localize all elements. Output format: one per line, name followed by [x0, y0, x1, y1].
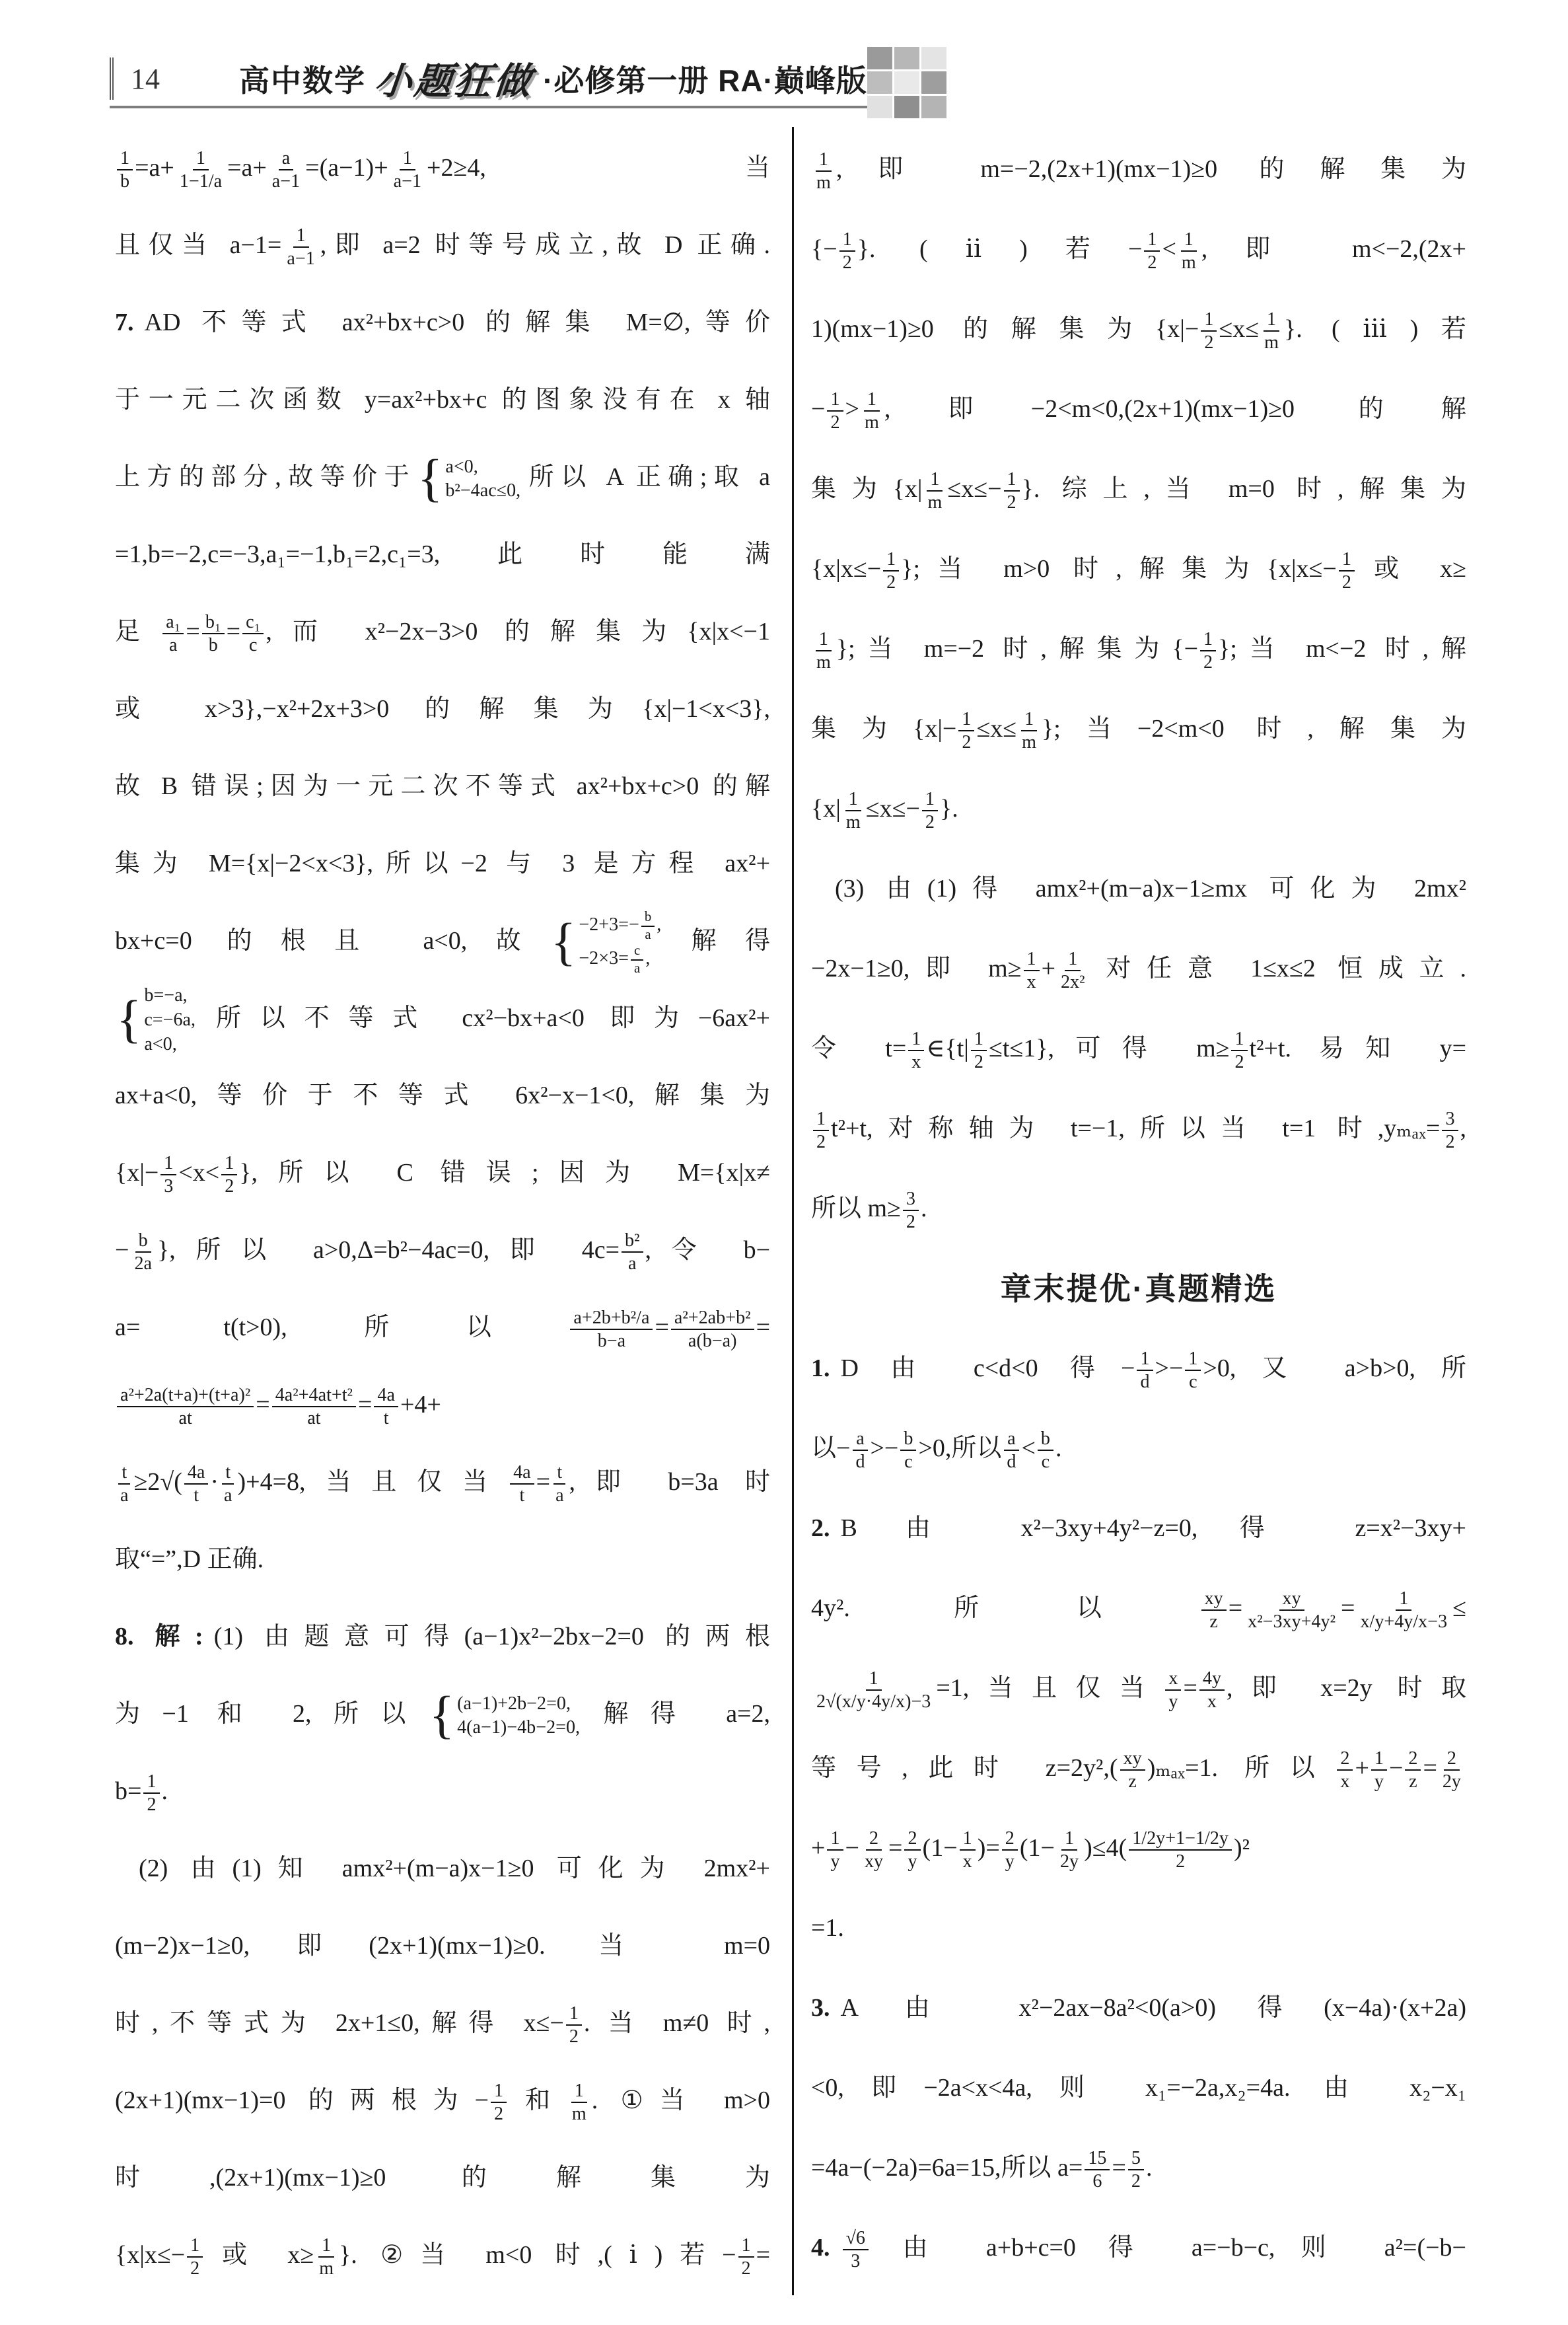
solution-text-line: 8. 解:(1) 由题意可得(a−1)x²−2bx−2=0 的两根 — [115, 1598, 770, 1676]
fraction: 4at — [374, 1384, 398, 1429]
solution-text-line: {x|−13<x<12},所以 C 错误;因为 M={x|x≠ — [115, 1134, 770, 1212]
fraction: b2a — [131, 1230, 155, 1274]
fraction: 1m — [569, 2080, 590, 2125]
fraction: 1m — [861, 388, 882, 433]
math-text: 集为{x|−12≤x≤1m};当−2<m<0 时,解集为 — [811, 715, 1466, 743]
fraction: 4a²+4at+t²at — [272, 1384, 356, 1429]
solution-text-line: 取“=”,D 正确. — [115, 1521, 770, 1598]
fraction: 12 — [958, 708, 974, 753]
fraction: xyx²−3xy+4y² — [1244, 1588, 1339, 1633]
solution-text-line: 1m,即 m=−2,(2x+1)(mx−1)≥0 的解集为 — [811, 129, 1466, 209]
solution-text-line: 4y². 所以xyz=xyx²−3xy+4y²=1x/y+4y/x−3≤ — [811, 1568, 1466, 1648]
solution-text-line: 时,(2x+1)(mx−1)≥0 的解集为 — [115, 2139, 770, 2217]
fraction: bc — [1038, 1428, 1053, 1473]
fraction: 4yx — [1199, 1668, 1225, 1713]
solution-text-line: {−12}. (ⅱ)若−12<1m,即 m<−2,(2x+ — [811, 209, 1466, 289]
pixel-decoration-icon — [867, 47, 946, 118]
solution-text-line: {x|x≤−12或 x≥1m}. ②当 m<0 时,(ⅰ)若−12= — [115, 2217, 770, 2294]
math-text: {x|x≤−12或 x≥1m}. ②当 m<0 时,(ⅰ)若−12= — [115, 2241, 770, 2269]
fraction: 1x/y+4y/x−3 — [1357, 1588, 1450, 1633]
math-text: 4y². 所以xyz=xyx²−3xy+4y²=1x/y+4y/x−3≤ — [811, 1594, 1466, 1622]
fraction: 1x — [908, 1028, 924, 1073]
fraction: 1m — [925, 468, 946, 513]
fraction: 1x — [1024, 948, 1040, 993]
math-text: (1) 由题意可得(a−1)x²−2bx−2=0 的两根 — [214, 1623, 770, 1650]
fraction: 22y — [1439, 1748, 1464, 1792]
math-text: a²+2a(t+a)+(t+a)²at=4a²+4at+t²at=4at+4+ — [115, 1391, 441, 1419]
problem-number: 3. — [811, 1994, 830, 2022]
fraction: 4at — [184, 1461, 209, 1506]
math-text: ta≥2√(4at·ta)+4=8,当且仅当4at=ta,即 b=3a 时 — [115, 1468, 770, 1496]
solution-text-line: 所以 m≥32. — [811, 1169, 1466, 1249]
fraction: 12 — [1231, 1028, 1247, 1073]
fraction: ta — [221, 1461, 235, 1506]
math-text: √63 由 a+b+c=0 得 a=−b−c,则 a²=(−b− — [841, 2234, 1467, 2262]
math-text: 12t²+t,对称轴为 t=−1,所以当 t=1 时,yₘₐₓ=32, — [811, 1115, 1466, 1142]
problem-number: 8. 解: — [115, 1623, 203, 1650]
math-text: 以−ad>−bc>0,所以ad<bc. — [811, 1434, 1061, 1462]
fraction: ca — [631, 943, 643, 977]
solution-text-line: {b=−a,c=−6a,a<0,所以不等式 cx²−bx+a<0 即为−6ax²… — [115, 980, 770, 1057]
book-edition: ·必修第一册 RA·巅峰版 — [543, 57, 867, 100]
solution-text-line: 1)(mx−1)≥0 的解集为{x|−12≤x≤1m}. (ⅲ)若 — [811, 289, 1466, 369]
fraction: 32 — [1442, 1108, 1458, 1153]
fraction: 12 — [566, 2003, 582, 2048]
fraction: 1b — [117, 147, 133, 192]
fraction: 12√(x/y·4y/x)−3 — [813, 1668, 934, 1713]
fraction: 11−1/a — [176, 147, 225, 192]
math-text: 12√(x/y·4y/x)−3=1,当且仅当xy=4yx,即 x=2y 时取 — [811, 1674, 1466, 1702]
fraction: 2y — [904, 1827, 920, 1872]
math-text: 足a₁a=b₁b=c₁c,而 x²−2x−3>0 的解集为{x|x<−1 — [115, 618, 770, 646]
math-text: 1m,即 m=−2,(2x+1)(mx−1)≥0 的解集为 — [811, 155, 1466, 183]
fraction: 1d — [1137, 1348, 1153, 1393]
math-text: AD 不等式 ax²+bx+c>0 的解集 M=∅,等价 — [145, 309, 771, 336]
math-text: bx+c=0 的根且 a<0,故{−2+3=−ba,−2×3=ca,解得 — [115, 927, 770, 955]
math-text: (m−2)x−1≥0,即(2x+1)(mx−1)≥0. 当 m=0 — [115, 1932, 770, 1960]
math-text: 集为{x|1m≤x≤−12}. 综上,当 m=0 时,解集为 — [811, 475, 1466, 503]
column-divider — [792, 127, 794, 2295]
math-text: (3) 由(1)得 amx²+(m−a)x−1≥mx 可化为 2mx² — [835, 875, 1466, 903]
fraction: 1m — [813, 149, 834, 194]
fraction: 2y — [1002, 1827, 1018, 1872]
fraction: 52 — [1128, 2147, 1144, 2192]
cases-brace: {−2+3=−ba,−2×3=ca, — [551, 909, 661, 977]
cases-brace: {a<0,b²−4ac≤0, — [417, 455, 520, 503]
solution-text-line: +1y−2xy=2y(1−1x)=2y(1−12y)≤4(1/2y+1−1/2y… — [811, 1808, 1466, 1888]
solution-text-line: (2x+1)(mx−1)=0 的两根为−12和1m. ①当 m>0 — [115, 2062, 770, 2139]
fraction: 12 — [187, 2234, 203, 2279]
fraction: 12x² — [1057, 948, 1088, 993]
math-text: 于一元二次函数 y=ax²+bx+c 的图象没有在 x 轴 — [115, 386, 770, 414]
fraction: bc — [900, 1428, 916, 1473]
math-text: A 由 x²−2ax−8a²<0(a>0)得(x−4a)·(x+2a) — [841, 1994, 1467, 2022]
fraction: 1m — [316, 2234, 337, 2279]
solution-text-line: {x|x≤−12};当 m>0 时,解集为{x|x≤−12或 x≥ — [811, 529, 1466, 609]
right-column: 1m,即 m=−2,(2x+1)(mx−1)≥0 的解集为 {−12}. (ⅱ)… — [811, 129, 1466, 2288]
solution-text-line: =1,b=−2,c=−3,a₁=−1,b₁=2,c₁=3,此时能满 — [115, 516, 770, 593]
math-text: a= t(t>0),所以a+2b+b²/ab−a=a²+2ab+b²a(b−a)… — [115, 1313, 770, 1341]
solution-text-line: 故 B 错误;因为一元二次不等式 ax²+bx+c>0 的解 — [115, 748, 770, 825]
fraction: 12 — [738, 2234, 754, 2279]
section-heading: 章末提优·真题精选 — [811, 1249, 1466, 1329]
math-text: 所以 m≥32. — [811, 1195, 927, 1222]
solution-text-line: 1.D 由 c<d<0 得−1d>−1c>0,又 a>b>0,所 — [811, 1329, 1466, 1409]
solution-text-line: 时,不等式为 2x+1≤0,解得 x≤−12. 当 m≠0 时, — [115, 1985, 770, 2062]
math-text: <0,即−2a<x<4a,则 x₁=−2a,x₂=4a. 由 x₂−x₁ — [811, 2074, 1466, 2102]
math-text: 为−1 和 2,所以{(a−1)+2b−2=0,4(a−1)−4b−2=0,解得… — [115, 1700, 770, 1728]
fraction: 1y — [827, 1827, 843, 1872]
right-column-part2: 1.D 由 c<d<0 得−1d>−1c>0,又 a>b>0,所 以−ad>−b… — [811, 1329, 1466, 2288]
solution-text-line: 12t²+t,对称轴为 t=−1,所以当 t=1 时,yₘₐₓ=32, — [811, 1089, 1466, 1169]
solution-text-line: (m−2)x−1≥0,即(2x+1)(mx−1)≥0. 当 m=0 — [115, 1907, 770, 1985]
fraction: c₁c — [242, 611, 264, 656]
fraction: 156 — [1085, 2147, 1110, 2192]
fraction: 1x — [960, 1827, 976, 1872]
fraction: 12 — [491, 2080, 507, 2125]
solution-text-line: 3.A 由 x²−2ax−8a²<0(a>0)得(x−4a)·(x+2a) — [811, 1968, 1466, 2048]
solution-text-line: −b2a},所以 a>0,Δ=b²−4ac=0,即 4c=b²a,令 b− — [115, 1212, 770, 1289]
problem-number: 7. — [115, 309, 134, 336]
math-text: 时,(2x+1)(mx−1)≥0 的解集为 — [115, 2164, 770, 2192]
solution-text-line: 2.B 由 x²−3xy+4y²−z=0,得 z=x²−3xy+ — [811, 1489, 1466, 1568]
math-text: −b2a},所以 a>0,Δ=b²−4ac=0,即 4c=b²a,令 b− — [115, 1236, 770, 1264]
solution-text-line: (2) 由(1)知 amx²+(m−a)x−1≥0 可化为 2mx²+ — [115, 1830, 770, 1907]
solution-text-line: a= t(t>0),所以a+2b+b²/ab−a=a²+2ab+b²a(b−a)… — [115, 1289, 770, 1366]
fraction: xy — [1165, 1668, 1181, 1713]
solution-text-line: 或 x>3},−x²+2x+3>0 的解集为{x|−1<x<3}, — [115, 671, 770, 748]
fraction: 12y — [1057, 1827, 1082, 1872]
fraction: aa−1 — [269, 147, 303, 192]
problem-number: 1. — [811, 1354, 830, 1382]
fraction: 1/2y+1−1/2y2 — [1129, 1827, 1232, 1872]
math-text: 上方的部分,故等价于{a<0,b²−4ac≤0,所以 A 正确;取 a — [115, 463, 770, 491]
fraction: a₁a — [162, 611, 184, 656]
math-text: 1b=a+11−1/a=a+aa−1=(a−1)+1a−1+2≥4,当 — [115, 154, 770, 182]
fraction: 32 — [903, 1188, 919, 1233]
fraction: 12 — [971, 1028, 987, 1073]
math-text: b=12. — [115, 1777, 168, 1805]
fraction: 2z — [1405, 1748, 1421, 1792]
math-text: =1,b=−2,c=−3,a₁=−1,b₁=2,c₁=3,此时能满 — [115, 540, 770, 568]
fraction: 12 — [1339, 548, 1355, 593]
fraction: ta — [117, 1461, 131, 1506]
math-text: =1. — [811, 1914, 844, 1942]
math-text: (2) 由(1)知 amx²+(m−a)x−1≥0 可化为 2mx²+ — [139, 1855, 770, 1882]
math-text: −2x−1≥0,即 m≥1x+12x²对任意 1≤x≤2 恒成立. — [811, 955, 1466, 982]
solution-text-line: =4a−(−2a)=6a=15,所以 a=156=52. — [811, 2128, 1466, 2208]
solution-text-line: 等号,此时 z=2y²,(xyz)ₘₐₓ=1. 所以2x+1y−2z=22y — [811, 1728, 1466, 1808]
math-text: 等号,此时 z=2y²,(xyz)ₘₐₓ=1. 所以2x+1y−2z=22y — [811, 1754, 1466, 1782]
solution-text-line: 1m};当 m=−2 时,解集为{−12};当 m<−2 时,解 — [811, 609, 1466, 689]
fraction: 12 — [143, 1771, 159, 1816]
cases-brace: {(a−1)+2b−2=0,4(a−1)−4b−2=0, — [429, 1692, 580, 1740]
fraction: b²a — [622, 1230, 643, 1274]
math-text: +1y−2xy=2y(1−1x)=2y(1−12y)≤4(1/2y+1−1/2y… — [811, 1834, 1250, 1862]
fraction: 12 — [1144, 229, 1160, 274]
math-text: {−12}. (ⅱ)若−12<1m,即 m<−2,(2x+ — [811, 235, 1466, 263]
solution-text-line: bx+c=0 的根且 a<0,故{−2+3=−ba,−2×3=ca,解得 — [115, 903, 770, 980]
math-text: 且仅当 a−1=1a−1,即 a=2 时等号成立,故 D 正确. — [115, 231, 770, 259]
math-text: {x|−13<x<12},所以 C 错误;因为 M={x|x≠ — [115, 1159, 770, 1187]
solution-text-line: 4.√63 由 a+b+c=0 得 a=−b−c,则 a²=(−b− — [811, 2208, 1466, 2288]
math-text: 1m};当 m=−2 时,解集为{−12};当 m<−2 时,解 — [811, 635, 1466, 663]
math-text: {x|x≤−12};当 m>0 时,解集为{x|x≤−12或 x≥ — [811, 555, 1466, 583]
fraction: a+2b+b²/ab−a — [570, 1307, 653, 1352]
left-column: 1b=a+11−1/a=a+aa−1=(a−1)+1a−1+2≥4,当 且仅当 … — [115, 129, 770, 2294]
fraction: 12 — [221, 1152, 237, 1197]
solution-text-line: 足a₁a=b₁b=c₁c,而 x²−2x−3>0 的解集为{x|x<−1 — [115, 593, 770, 671]
fraction: 4at — [510, 1461, 534, 1506]
fraction: a²+2ab+b²a(b−a) — [671, 1307, 754, 1352]
fraction: 1m — [1261, 309, 1282, 353]
solution-text-line: 1b=a+11−1/a=a+aa−1=(a−1)+1a−1+2≥4,当 — [115, 129, 770, 207]
fraction: 1a−1 — [283, 225, 318, 270]
math-text: D 由 c<d<0 得−1d>−1c>0,又 a>b>0,所 — [841, 1354, 1467, 1382]
fraction: 1m — [1018, 708, 1040, 753]
fraction: ad — [1003, 1428, 1019, 1473]
math-text: (2x+1)(mx−1)=0 的两根为−12和1m. ①当 m>0 — [115, 2086, 770, 2114]
fraction: a²+2a(t+a)+(t+a)²at — [117, 1384, 254, 1429]
fraction: 12 — [883, 548, 899, 593]
fraction: 12 — [1201, 309, 1217, 353]
solution-text-line: 集为{x|−12≤x≤1m};当−2<m<0 时,解集为 — [811, 689, 1466, 769]
book-series-title: 高中数学 — [239, 57, 366, 100]
solution-text-line: 于一元二次函数 y=ax²+bx+c 的图象没有在 x 轴 — [115, 361, 770, 439]
fraction: 1m — [843, 788, 864, 833]
math-text: −12>1m,即−2<m<0,(2x+1)(mx−1)≥0 的解 — [811, 395, 1466, 423]
page: { "header": { "page_number": "14", "seri… — [0, 0, 1568, 2325]
solution-text-line: <0,即−2a<x<4a,则 x₁=−2a,x₂=4a. 由 x₂−x₁ — [811, 2048, 1466, 2128]
fraction: 12 — [922, 788, 938, 833]
solution-text-line: (3) 由(1)得 amx²+(m−a)x−1≥mx 可化为 2mx² — [811, 849, 1466, 929]
solution-text-line: 7.AD 不等式 ax²+bx+c>0 的解集 M=∅,等价 — [115, 284, 770, 361]
solution-text-line: =1. — [811, 1888, 1466, 1968]
cases-brace: {b=−a,c=−6a,a<0, — [116, 984, 196, 1056]
fraction: 2xy — [861, 1827, 886, 1872]
fraction: xyz — [1201, 1588, 1227, 1633]
solution-text-line: {x|1m≤x≤−12}. — [811, 769, 1466, 849]
math-text: =4a−(−2a)=6a=15,所以 a=156=52. — [811, 2154, 1152, 2182]
math-text: ax+a<0,等价于不等式 6x²−x−1<0,解集为 — [115, 1082, 770, 1109]
math-text: {b=−a,c=−6a,a<0,所以不等式 cx²−bx+a<0 即为−6ax²… — [115, 1004, 770, 1032]
math-text: 时,不等式为 2x+1≤0,解得 x≤−12. 当 m≠0 时, — [115, 2009, 770, 2037]
fraction: ad — [852, 1428, 868, 1473]
solution-text-line: b=12. — [115, 1753, 770, 1830]
fraction: 12 — [839, 229, 855, 274]
fraction: 1m — [813, 628, 834, 673]
solution-text-line: −2x−1≥0,即 m≥1x+12x²对任意 1≤x≤2 恒成立. — [811, 929, 1466, 1009]
page-number: 14 — [110, 57, 160, 100]
problem-number: 2. — [811, 1514, 830, 1542]
fraction: 1c — [1185, 1348, 1201, 1393]
fraction: 1y — [1371, 1748, 1387, 1792]
solution-text-line: 上方的部分,故等价于{a<0,b²−4ac≤0,所以 A 正确;取 a — [115, 439, 770, 516]
fraction: 12 — [1200, 628, 1216, 673]
solution-text-line: 12√(x/y·4y/x)−3=1,当且仅当xy=4yx,即 x=2y 时取 — [811, 1648, 1466, 1728]
page-header: 14 高中数学 小题狂做 ·必修第一册 RA·巅峰版 — [110, 55, 877, 108]
fraction: ta — [552, 1461, 567, 1506]
fraction: 12 — [827, 388, 843, 433]
fraction: 13 — [160, 1152, 176, 1197]
fraction: √63 — [843, 2227, 869, 2272]
fraction: xyz — [1120, 1748, 1145, 1792]
solution-text-line: 为−1 和 2,所以{(a−1)+2b−2=0,4(a−1)−4b−2=0,解得… — [115, 1676, 770, 1753]
math-text: 令 t=1x∈{t|12≤t≤1},可得 m≥12t²+t. 易知 y= — [811, 1035, 1466, 1062]
math-text: 故 B 错误;因为一元二次不等式 ax²+bx+c>0 的解 — [115, 772, 770, 800]
math-text: 集为 M={x|−2<x<3},所以−2 与 3 是方程 ax²+ — [115, 850, 770, 877]
fraction: 1a−1 — [390, 147, 425, 192]
fraction: 2x — [1337, 1748, 1353, 1792]
solution-text-line: −12>1m,即−2<m<0,(2x+1)(mx−1)≥0 的解 — [811, 369, 1466, 449]
solution-text-line: 以−ad>−bc>0,所以ad<bc. — [811, 1409, 1466, 1489]
solution-text-line: 令 t=1x∈{t|12≤t≤1},可得 m≥12t²+t. 易知 y= — [811, 1009, 1466, 1089]
math-text: 1)(mx−1)≥0 的解集为{x|−12≤x≤1m}. (ⅲ)若 — [811, 315, 1466, 343]
math-text: 取“=”,D 正确. — [115, 1545, 264, 1573]
solution-text-line: ta≥2√(4at·ta)+4=8,当且仅当4at=ta,即 b=3a 时 — [115, 1444, 770, 1521]
fraction: ba — [641, 909, 655, 943]
solution-text-line: ax+a<0,等价于不等式 6x²−x−1<0,解集为 — [115, 1057, 770, 1134]
math-text: 或 x>3},−x²+2x+3>0 的解集为{x|−1<x<3}, — [115, 695, 770, 723]
book-logo: 小题狂做 — [373, 52, 536, 105]
solution-text-line: a²+2a(t+a)+(t+a)²at=4a²+4at+t²at=4at+4+ — [115, 1366, 770, 1444]
math-text: B 由 x²−3xy+4y²−z=0,得 z=x²−3xy+ — [841, 1514, 1467, 1542]
solution-text-line: 且仅当 a−1=1a−1,即 a=2 时等号成立,故 D 正确. — [115, 207, 770, 284]
fraction: 12 — [1004, 468, 1020, 513]
fraction: b₁b — [202, 611, 225, 656]
right-column-part1: 1m,即 m=−2,(2x+1)(mx−1)≥0 的解集为 {−12}. (ⅱ)… — [811, 129, 1466, 1249]
solution-text-line: 集为{x|1m≤x≤−12}. 综上,当 m=0 时,解集为 — [811, 449, 1466, 529]
fraction: 12 — [813, 1108, 829, 1153]
problem-number: 4. — [811, 2234, 830, 2262]
fraction: 1m — [1178, 229, 1199, 274]
math-text: {x|1m≤x≤−12}. — [811, 795, 958, 823]
solution-text-line: 集为 M={x|−2<x<3},所以−2 与 3 是方程 ax²+ — [115, 825, 770, 903]
